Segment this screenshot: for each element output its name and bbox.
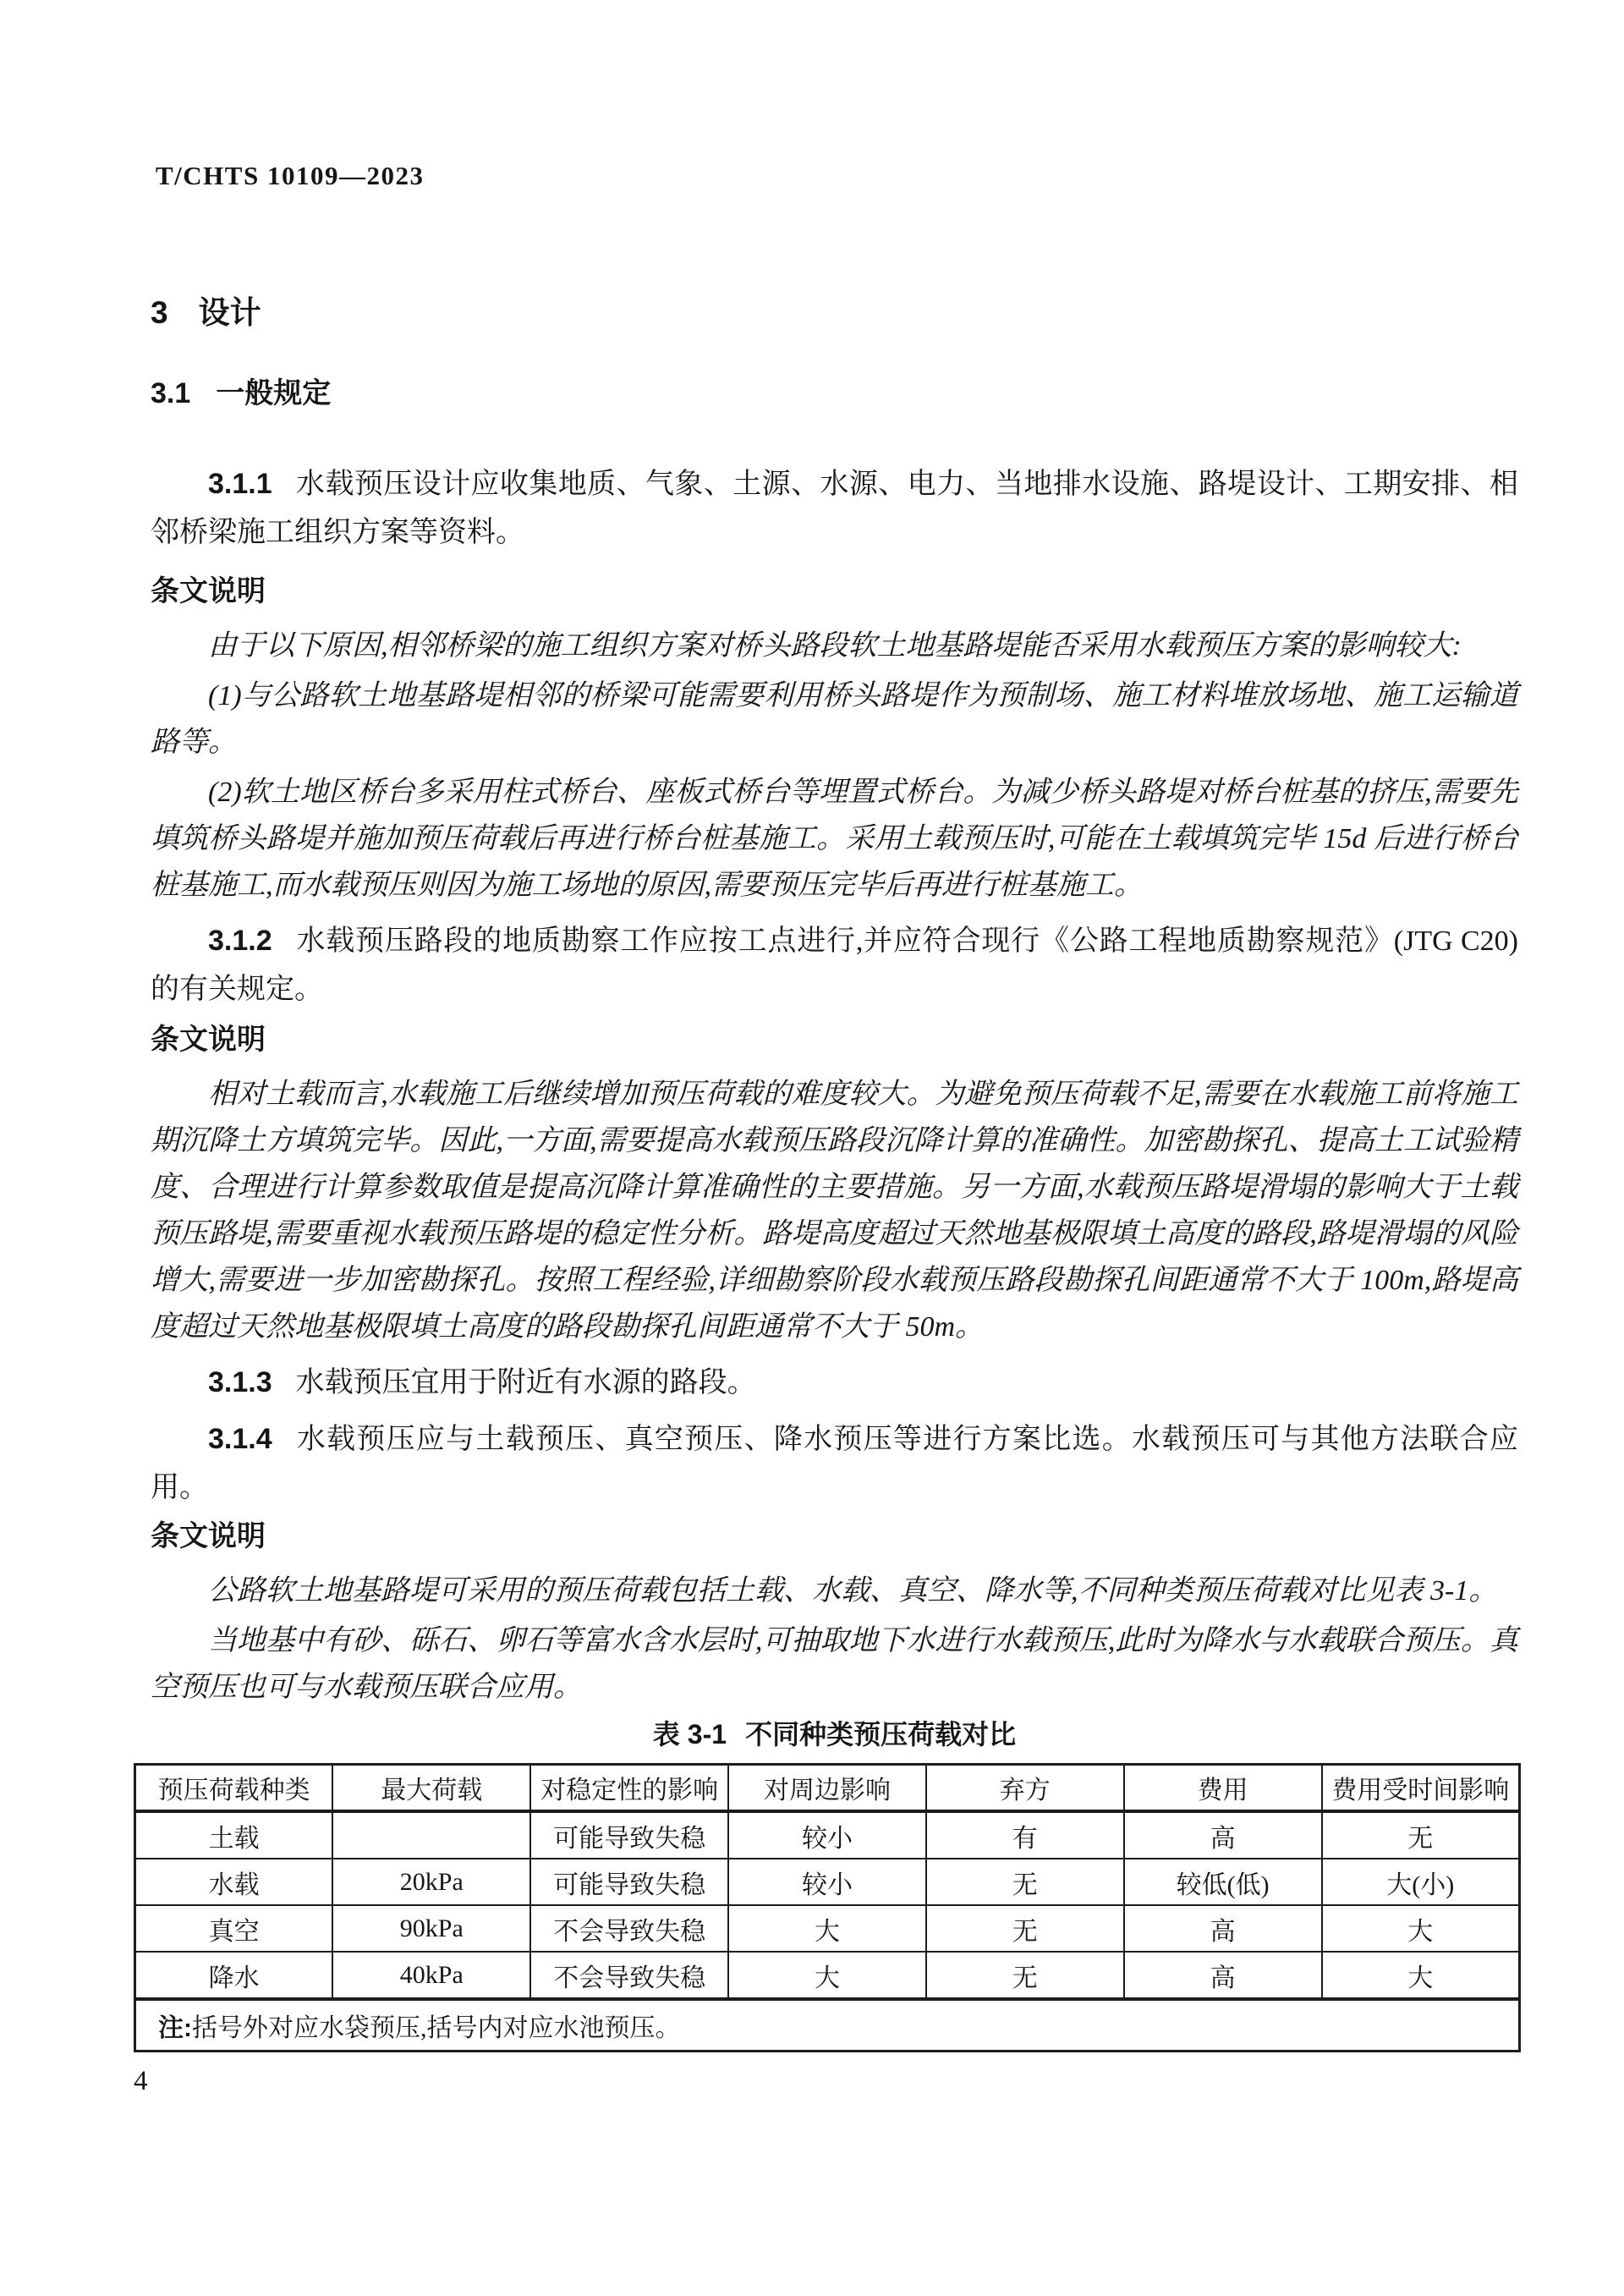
table-header-row: 预压荷载种类 最大荷载 对稳定性的影响 对周边影响 弃方 费用 费用受时间影响 [135,1765,1520,1812]
table-number-label: 表 3-1 [653,1719,727,1749]
table-header-cell: 费用 [1124,1765,1322,1812]
clause-3-1-1: 3.1.1水载预压设计应收集地质、气象、土源、水源、电力、当地排水设施、路堤设计… [151,460,1518,557]
clause-number: 3.1.4 [208,1423,272,1455]
page-number: 4 [134,2066,148,2097]
clause-text: 水载预压宜用于附近有水源的路段。 [296,1367,756,1398]
section-title: 一般规定 [216,377,331,409]
table-note-row: 注:括号外对应水袋预压,括号内对应水池预压。 [135,1999,1520,2052]
standard-code-header: T/CHTS 10109—2023 [156,161,1518,191]
clause-number: 3.1.1 [208,468,272,500]
table-cell: 20kPa [332,1859,530,1905]
notes-heading-1: 条文说明 [151,574,1518,609]
table-cell: 降水 [135,1952,333,1999]
table-cell: 40kPa [332,1952,530,1999]
table-cell: 不会导致失稳 [530,1905,728,1952]
note-text: 括号外对应水袋预压,括号内对应水池预压。 [192,2014,681,2042]
clause-3-1-2: 3.1.2水载预压路段的地质勘察工作应按工点进行,并应符合现行《公路工程地质勘察… [151,917,1518,1013]
clause-text: 水载预压路段的地质勘察工作应按工点进行,并应符合现行《公路工程地质勘察规范》(J… [151,926,1518,1005]
page-content: T/CHTS 10109—2023 3设计 3.1一般规定 3.1.1水载预压设… [151,0,1518,2052]
table-cell: 有 [926,1811,1124,1859]
notes-heading-3: 条文说明 [151,1519,1518,1554]
table-cell: 高 [1124,1952,1322,1999]
table-cell: 真空 [135,1905,333,1952]
table-cell: 大 [1322,1952,1520,1999]
chapter-heading: 3设计 [151,294,1518,332]
table-cell: 大 [728,1952,926,1999]
table-row-vacuum: 真空 90kPa 不会导致失稳 大 无 高 大 [135,1905,1520,1952]
table-cell: 高 [1124,1905,1322,1952]
table-header-cell: 最大荷载 [332,1765,530,1812]
table-cell: 无 [926,1952,1124,1999]
clause-number: 3.1.2 [208,925,272,957]
table-cell: 大 [1322,1905,1520,1952]
table-header-cell: 对稳定性的影响 [530,1765,728,1812]
explanation-paragraph: 当地基中有砂、砾石、卵石等富水含水层时,可抽取地下水进行水载预压,此时为降水与水… [151,1618,1518,1711]
section-number: 3.1 [151,377,190,409]
table-header-cell: 对周边影响 [728,1765,926,1812]
explanation-paragraph: 公路软土地基路堤可采用的预压荷载包括土载、水载、真空、降水等,不同种类预压荷载对… [151,1568,1518,1614]
table-cell: 无 [926,1905,1124,1952]
table-row-soil-load: 土载 可能导致失稳 较小 有 高 无 [135,1811,1520,1859]
table-cell: 较小 [728,1859,926,1905]
table-cell: 较小 [728,1811,926,1859]
table-header-cell: 费用受时间影响 [1322,1765,1520,1812]
table-cell: 可能导致失稳 [530,1859,728,1905]
note-label: 注: [158,2014,192,2042]
table-cell [332,1811,530,1859]
preload-comparison-table: 预压荷载种类 最大荷载 对稳定性的影响 对周边影响 弃方 费用 费用受时间影响 … [134,1763,1521,2052]
table-cell: 90kPa [332,1905,530,1952]
table-header-cell: 弃方 [926,1765,1124,1812]
table-row-water-load: 水载 20kPa 可能导致失稳 较小 无 较低(低) 大(小) [135,1859,1520,1905]
section-heading: 3.1一般规定 [151,376,1518,411]
explanation-paragraph: (2)软土地区桥台多采用柱式桥台、座板式桥台等埋置式桥台。为减少桥头路堤对桥台桩… [151,769,1518,909]
table-title: 表 3-1不同种类预压荷载对比 [151,1717,1518,1751]
chapter-title: 设计 [199,295,261,330]
table-cell: 大 [728,1905,926,1952]
table-cell: 不会导致失稳 [530,1952,728,1999]
table-cell: 无 [1322,1811,1520,1859]
explanation-paragraph: 由于以下原因,相邻桥梁的施工组织方案对桥头路段软土地基路堤能否采用水载预压方案的… [151,623,1518,669]
table-cell: 可能导致失稳 [530,1811,728,1859]
table-cell: 土载 [135,1811,333,1859]
table-cell: 水载 [135,1859,333,1905]
table-cell: 无 [926,1859,1124,1905]
explanation-paragraph: 相对土载而言,水载施工后继续增加预压荷载的难度较大。为避免预压荷载不足,需要在水… [151,1071,1518,1350]
chapter-number: 3 [151,295,168,330]
clause-text: 水载预压设计应收集地质、气象、土源、水源、电力、当地排水设施、路堤设计、工期安排… [151,469,1518,548]
clause-text: 水载预压应与土载预压、真空预压、降水预压等进行方案比选。水载预压可与其他方法联合… [151,1424,1518,1503]
notes-heading-2: 条文说明 [151,1022,1518,1057]
explanation-paragraph: (1)与公路软土地基路堤相邻的桥梁可能需要利用桥头路堤作为预制场、施工材料堆放场… [151,673,1518,766]
table-row-dewatering: 降水 40kPa 不会导致失稳 大 无 高 大 [135,1952,1520,1999]
table-header-cell: 预压荷载种类 [135,1765,333,1812]
table-title-text: 不同种类预压荷载对比 [745,1719,1016,1749]
clause-3-1-3: 3.1.3水载预压宜用于附近有水源的路段。 [151,1359,1518,1407]
table-cell: 较低(低) [1124,1859,1322,1905]
document-page: T/CHTS 10109—2023 3设计 3.1一般规定 3.1.1水载预压设… [0,0,1624,2296]
clause-number: 3.1.3 [208,1366,272,1398]
table-note-cell: 注:括号外对应水袋预压,括号内对应水池预压。 [135,1999,1520,2052]
table-cell: 大(小) [1322,1859,1520,1905]
clause-3-1-4: 3.1.4水载预压应与土载预压、真空预压、降水预压等进行方案比选。水载预压可与其… [151,1415,1518,1512]
table-cell: 高 [1124,1811,1322,1859]
